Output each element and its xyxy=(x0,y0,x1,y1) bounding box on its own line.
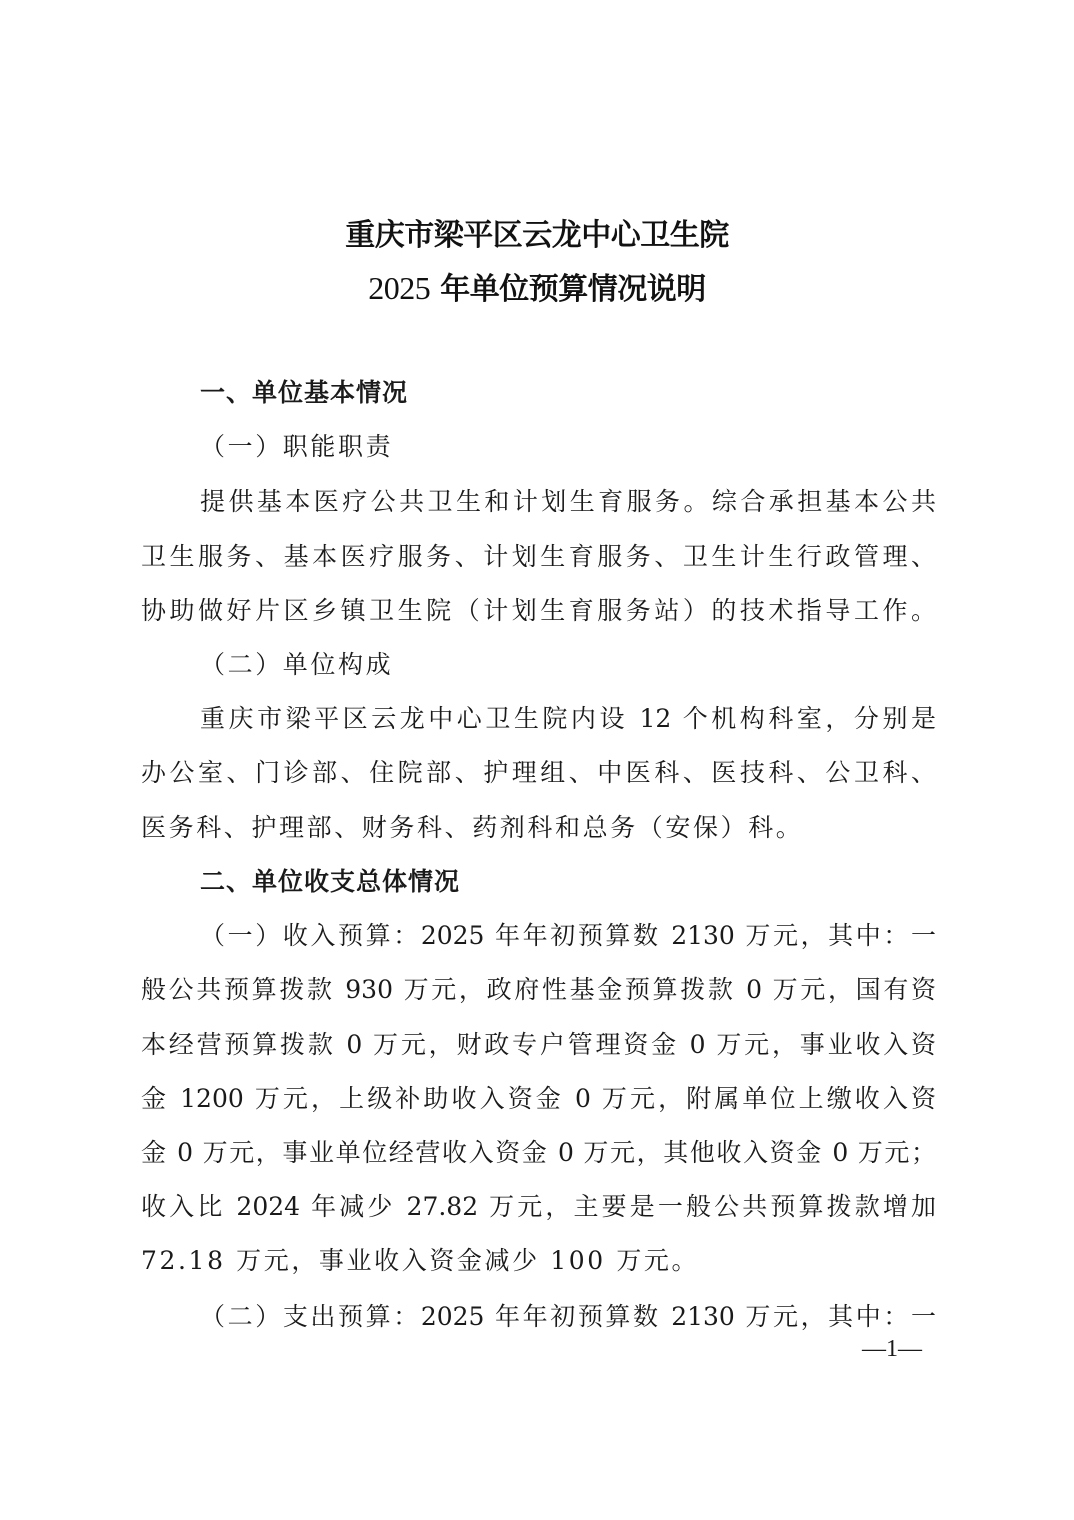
section-heading-basic-info: 一、单位基本情况 xyxy=(200,378,936,408)
para-structure-line-1: 重庆市梁平区云龙中心卫生院内设 12 个机构科室，分别是 xyxy=(200,704,936,734)
document-page: 重庆市梁平区云龙中心卫生院 2025 年单位预算情况说明 一、单位基本情况 （一… xyxy=(0,0,1074,1520)
para-duties-line-2: 卫生服务、基本医疗服务、计划生育服务、卫生计生行政管理、 xyxy=(141,542,936,572)
section-heading-budget-overview: 二、单位收支总体情况 xyxy=(200,867,936,897)
para-income-line-7: 72.18 万元，事业收入资金减少 100 万元。 xyxy=(141,1246,936,1276)
title-text: 年单位预算情况说明 xyxy=(430,272,705,307)
para-duties-line-3: 协助做好片区乡镇卫生院（计划生育服务站）的技术指导工作。 xyxy=(141,596,936,626)
subheading-duties: （一）职能职责 xyxy=(200,432,995,462)
para-structure-line-3: 医务科、护理部、财务科、药剂科和总务（安保）科。 xyxy=(141,813,936,843)
para-duties-line-1: 提供基本医疗公共卫生和计划生育服务。综合承担基本公共 xyxy=(200,487,936,517)
para-income-line-3: 本经营预算拨款 0 万元，财政专户管理资金 0 万元，事业收入资 xyxy=(141,1030,936,1060)
para-income-line-5: 金 0 万元，事业单位经营收入资金 0 万元，其他收入资金 0 万元； xyxy=(141,1138,936,1168)
para-expenditure-line-1: （二）支出预算：2025 年年初预算数 2130 万元，其中：一 xyxy=(200,1302,936,1332)
para-income-line-1: （一）收入预算：2025 年年初预算数 2130 万元，其中：一 xyxy=(200,921,936,951)
document-title-line1: 重庆市梁平区云龙中心卫生院 xyxy=(0,210,1074,254)
document-title-line2: 2025 年单位预算情况说明 xyxy=(0,264,1074,308)
title-year: 2025 xyxy=(368,270,430,306)
para-income-line-4: 金 1200 万元，上级补助收入资金 0 万元，附属单位上缴收入资 xyxy=(141,1084,936,1114)
para-structure-line-2: 办公室、门诊部、住院部、护理组、中医科、医技科、公卫科、 xyxy=(141,758,936,788)
para-income-line-2: 般公共预算拨款 930 万元，政府性基金预算拨款 0 万元，国有资 xyxy=(141,975,936,1005)
page-number: —1— xyxy=(862,1336,922,1363)
subheading-structure: （二）单位构成 xyxy=(200,650,995,680)
para-income-line-6: 收入比 2024 年减少 27.82 万元，主要是一般公共预算拨款增加 xyxy=(141,1192,936,1222)
